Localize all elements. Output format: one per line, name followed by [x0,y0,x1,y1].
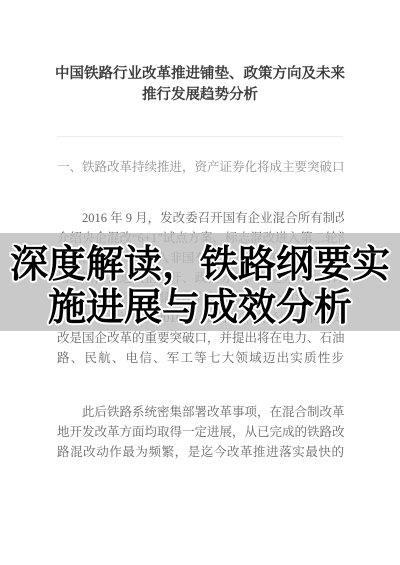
section-heading: 一、铁路改革持续推进，资产证券化将成主要突破口 [57,159,349,175]
overlay-title-line2: 施进展与成效分析 [0,287,400,330]
paragraph-line: 路、民航、电信、军工等七大领域迈出实质性步伐。 [57,348,344,368]
document-title-line1: 中国铁路行业改革推进铺垫、政策方向及未来 [28,64,372,85]
paragraph-line: 此后铁路系统密集部署改革事项，在混合制改革、运价改革、土 [57,402,344,422]
document-title-line2: 推行发展趋势分析 [28,85,372,106]
overlay-title-line1: 深度解读，铁路纲要实 [0,244,400,287]
document-title: 中国铁路行业改革推进铺垫、政策方向及未来 推行发展趋势分析 [28,64,372,106]
paragraph-2: 此后铁路系统密集部署改革事项，在混合制改革、运价改革、土 地开发改革方面均取得一… [57,402,344,462]
paragraph-line: 2016 年 9 月，发改委召开国有企业混合所有制改革试点专题会， [57,208,344,228]
paragraph-line: 路混改动作最为频繁，是迄今改革推进落实最快的方向。 [57,442,344,462]
horizontal-divider [57,136,343,137]
paragraph-line: 地开发改革方面均取得一定进展，从已完成的铁路改革动作看，铁 [57,422,344,442]
overlay-title: 深度解读，铁路纲要实 施进展与成效分析 [0,244,400,330]
paragraph-line: 改是国企改革的重要突破口，并提出将在电力、石油、天然气、铁 [57,328,344,348]
document-page: 中国铁路行业改革推进铺垫、政策方向及未来 推行发展趋势分析 一、铁路改革持续推进… [0,0,400,565]
